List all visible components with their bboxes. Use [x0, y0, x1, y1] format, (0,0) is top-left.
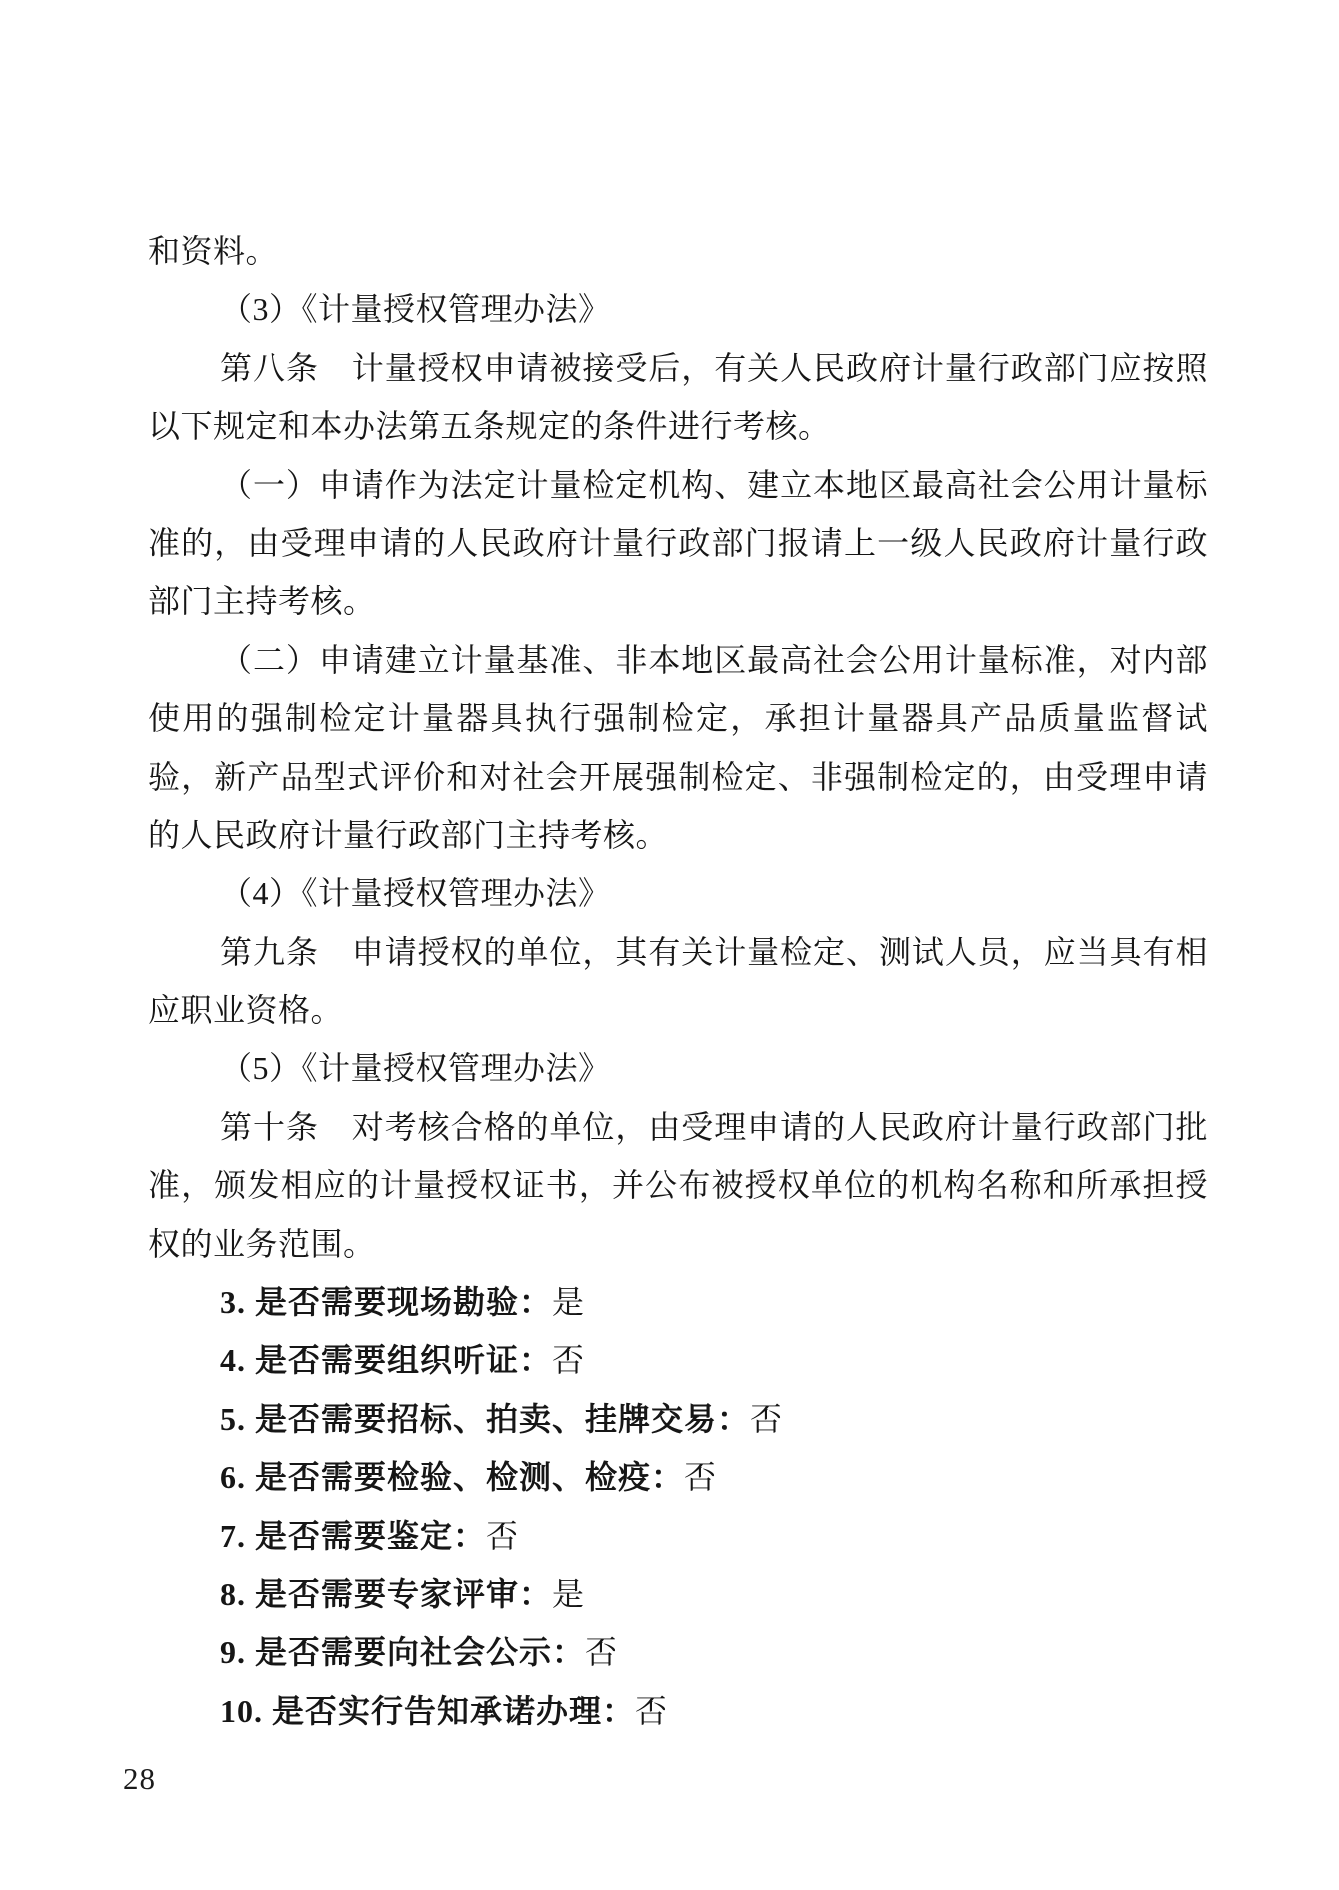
checklist-item-answer: 否: [750, 1401, 783, 1437]
checklist-item-label: 9. 是否需要向社会公示：: [220, 1634, 585, 1670]
checklist-item: 3. 是否需要现场勘验：是: [148, 1273, 1208, 1331]
checklist-item: 8. 是否需要专家评审：是: [148, 1565, 1208, 1623]
text-line: 使用的强制检定计量器具执行强制检定，承担计量器具产品质量监督试: [148, 689, 1208, 747]
text-line: 应职业资格。: [148, 981, 1208, 1039]
checklist-item-label: 5. 是否需要招标、拍卖、挂牌交易：: [220, 1401, 750, 1437]
text-line: 验，新产品型式评价和对社会开展强制检定、非强制检定的，由受理申请: [148, 748, 1208, 806]
text-line: 准的，由受理申请的人民政府计量行政部门报请上一级人民政府计量行政: [148, 514, 1208, 572]
text-line: 的人民政府计量行政部门主持考核。: [148, 806, 1208, 864]
text-line: （二）申请建立计量基准、非本地区最高社会公用计量标准，对内部: [148, 631, 1208, 689]
checklist-item-answer: 否: [486, 1518, 519, 1554]
text-line: 和资料。: [148, 222, 1208, 280]
checklist-item: 6. 是否需要检验、检测、检疫：否: [148, 1448, 1208, 1506]
page-number: 28: [123, 1762, 156, 1796]
text-line: （5）《计量授权管理办法》: [148, 1039, 1208, 1097]
checklist-item: 4. 是否需要组织听证：否: [148, 1331, 1208, 1389]
document-page: 和资料。 （3）《计量授权管理办法》 第八条 计量授权申请被接受后，有关人民政府…: [0, 0, 1339, 1890]
checklist-item-label: 3. 是否需要现场勘验：: [220, 1284, 552, 1320]
checklist-item-label: 6. 是否需要检验、检测、检疫：: [220, 1459, 684, 1495]
document-body: 和资料。 （3）《计量授权管理办法》 第八条 计量授权申请被接受后，有关人民政府…: [148, 222, 1208, 1740]
checklist-item-answer: 否: [635, 1693, 668, 1729]
checklist-item-answer: 否: [585, 1634, 618, 1670]
checklist-item-label: 4. 是否需要组织听证：: [220, 1342, 552, 1378]
checklist-item-answer: 是: [552, 1284, 585, 1320]
text-line: （3）《计量授权管理办法》: [148, 280, 1208, 338]
checklist-item: 10. 是否实行告知承诺办理：否: [148, 1682, 1208, 1740]
checklist-item-label: 10. 是否实行告知承诺办理：: [220, 1693, 635, 1729]
checklist-item: 9. 是否需要向社会公示：否: [148, 1623, 1208, 1681]
text-line: 准，颁发相应的计量授权证书，并公布被授权单位的机构名称和所承担授: [148, 1156, 1208, 1214]
checklist-item-label: 8. 是否需要专家评审：: [220, 1576, 552, 1612]
checklist-item-answer: 是: [552, 1576, 585, 1612]
text-line: 第十条 对考核合格的单位，由受理申请的人民政府计量行政部门批: [148, 1098, 1208, 1156]
text-line: 第八条 计量授权申请被接受后，有关人民政府计量行政部门应按照: [148, 339, 1208, 397]
text-line: （4）《计量授权管理办法》: [148, 864, 1208, 922]
text-line: 以下规定和本办法第五条规定的条件进行考核。: [148, 397, 1208, 455]
text-line: 权的业务范围。: [148, 1215, 1208, 1273]
checklist-item-label: 7. 是否需要鉴定：: [220, 1518, 486, 1554]
text-line: 第九条 申请授权的单位，其有关计量检定、测试人员，应当具有相: [148, 923, 1208, 981]
text-line: （一）申请作为法定计量检定机构、建立本地区最高社会公用计量标: [148, 456, 1208, 514]
checklist-item: 5. 是否需要招标、拍卖、挂牌交易：否: [148, 1390, 1208, 1448]
checklist-item-answer: 否: [684, 1459, 717, 1495]
checklist-item: 7. 是否需要鉴定：否: [148, 1507, 1208, 1565]
text-line: 部门主持考核。: [148, 572, 1208, 630]
checklist-item-answer: 否: [552, 1342, 585, 1378]
